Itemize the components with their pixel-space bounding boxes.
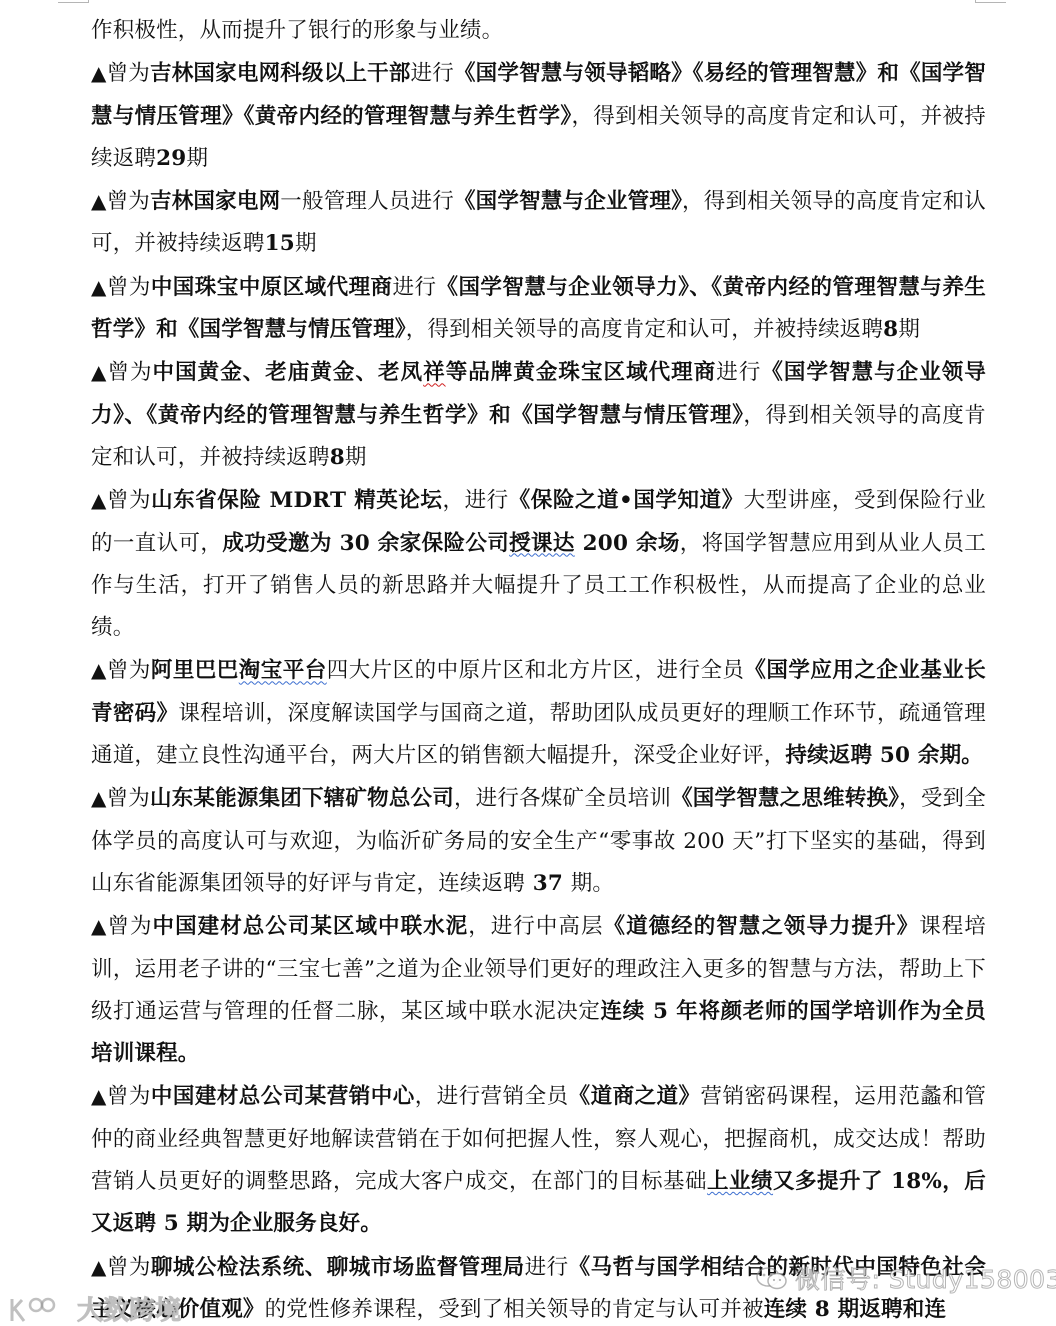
text-segment: 曾为 — [107, 1255, 151, 1280]
bold-text-segment: 中国珠宝中原区域代理商 — [151, 275, 393, 300]
bold-text-segment: 山东某能源集团下辖矿物总公司 — [150, 786, 454, 811]
bold-text-segment: 29 — [156, 146, 186, 171]
bold-text-segment: 祥 — [423, 360, 446, 385]
text-segment: 进行 — [716, 360, 761, 385]
text-segment: 曾为 — [107, 786, 150, 811]
bold-text-segment: 山东省保险 MDRT 精英论坛 — [151, 488, 442, 513]
bold-text-segment: 8 — [330, 445, 345, 470]
text-segment: 作积极性，从而提升了银行的形象与业绩。 — [91, 18, 503, 43]
brand-watermark-text: 大数跨境 — [77, 1296, 181, 1326]
text-segment: 曾为 — [107, 360, 152, 385]
triangle-bullet-icon: ▲ — [91, 61, 107, 85]
bold-text-segment: 中国黄金、老庙黄金、老凤 — [153, 360, 424, 385]
text-segment: ，进行各煤矿全员培训 — [454, 786, 671, 811]
text-segment: ，进行营销全员 — [415, 1084, 569, 1109]
bold-text-segment: 阿里巴巴 — [151, 658, 239, 683]
paragraph: ▲曾为中国建材总公司某营销中心，进行营销全员《道商之道》营销密码课程，运用范蠡和… — [91, 1075, 986, 1245]
paragraph: ▲曾为中国珠宝中原区域代理商进行《国学智慧与企业领导力》、《黄帝内经的管理智慧与… — [91, 266, 986, 352]
text-segment: 的党性修养课程，受到了相关领导的肯定与认可并被 — [265, 1297, 764, 1322]
triangle-bullet-icon: ▲ — [91, 1255, 107, 1279]
bold-text-segment: 成功受邀为 30 余家保险公司 — [222, 531, 509, 556]
text-segment: ，得到相关领导的高度肯定和认可，并被持续返聘 — [406, 317, 883, 342]
wechat-icon — [755, 1266, 789, 1292]
triangle-bullet-icon: ▲ — [91, 488, 107, 512]
bold-text-segment: 聊城公检法系统、聊城市场监督管理局 — [151, 1255, 525, 1280]
text-segment: 期 — [295, 231, 317, 256]
paragraph: ▲曾为中国建材总公司某区域中联水泥，进行中高层《道德经的智慧之领导力提升》课程培… — [91, 905, 986, 1075]
paragraph: ▲曾为山东省保险 MDRT 精英论坛，进行《保险之道•国学知道》大型讲座，受到保… — [91, 479, 986, 649]
text-segment: 进行 — [393, 275, 437, 300]
brand-watermark: 大数跨境 — [6, 1290, 181, 1326]
text-segment: 期。 — [571, 871, 614, 896]
paragraph: ▲曾为阿里巴巴淘宝平台四大片区的中原片区和北方片区，进行全员《国学应用之企业基业… — [91, 649, 986, 777]
text-segment: 期 — [186, 146, 208, 171]
triangle-bullet-icon: ▲ — [91, 1084, 107, 1108]
text-segment: 一般管理人员进行 — [280, 189, 454, 214]
brand-logo-icon — [6, 1296, 68, 1324]
crop-mark-top-right — [975, 0, 1006, 3]
document-page: 作积极性，从而提升了银行的形象与业绩。▲曾为吉林国家电网科级以上干部进行《国学智… — [91, 10, 986, 1326]
triangle-bullet-icon: ▲ — [91, 786, 107, 810]
bold-text-segment: 200 余场 — [575, 531, 680, 556]
bold-text-segment: 中国建材总公司某营销中心 — [151, 1084, 415, 1109]
wechat-watermark: 微信号: Study15800363181 — [755, 1260, 1056, 1296]
bold-text-segment: 《保险之道•国学知道》 — [509, 488, 744, 513]
text-segment: ，进行 — [443, 488, 509, 513]
bold-text-segment: 《道商之道》 — [569, 1084, 701, 1109]
text-segment: 曾为 — [107, 61, 150, 86]
paragraph: 作积极性，从而提升了银行的形象与业绩。 — [91, 10, 986, 52]
paragraph: ▲曾为中国黄金、老庙黄金、老凤祥等品牌黄金珠宝区域代理商进行《国学智慧与企业领导… — [91, 351, 986, 479]
triangle-bullet-icon: ▲ — [91, 360, 107, 384]
triangle-bullet-icon: ▲ — [91, 658, 107, 682]
text-segment: 曾为 — [107, 914, 152, 939]
paragraph: ▲曾为山东某能源集团下辖矿物总公司，进行各煤矿全员培训《国学智慧之思维转换》，受… — [91, 777, 986, 905]
text-segment: 曾为 — [107, 1084, 151, 1109]
bold-text-segment: 吉林国家电网科级以上干部 — [150, 61, 411, 86]
text-segment: ，进行中高层 — [468, 914, 603, 939]
bold-text-segment: 15 — [265, 231, 295, 256]
bold-text-segment: 《国学智慧与企业管理》 — [454, 189, 682, 214]
text-segment: 曾为 — [107, 658, 151, 683]
text-segment: 曾为 — [107, 488, 151, 513]
bold-text-segment: 授课达 — [509, 531, 575, 556]
text-segment: 期 — [345, 445, 367, 470]
paragraph: ▲曾为吉林国家电网一般管理人员进行《国学智慧与企业管理》，得到相关领导的高度肯定… — [91, 180, 986, 266]
text-segment: 期 — [898, 317, 920, 342]
triangle-bullet-icon: ▲ — [91, 189, 107, 213]
bold-text-segment: 《道德经的智慧之领导力提升》 — [604, 914, 920, 939]
bold-text-segment: 吉林国家电网 — [150, 189, 280, 214]
bold-text-segment: 等品牌黄金珠宝区域代理商 — [446, 360, 717, 385]
bold-text-segment: 37 — [525, 871, 571, 896]
text-segment: 进行 — [411, 61, 454, 86]
bold-text-segment: 中国建材总公司某区域中联水泥 — [153, 914, 469, 939]
bold-text-segment: 连续 8 期返聘和连 — [764, 1297, 946, 1322]
bold-text-segment: 上业绩 — [707, 1169, 773, 1194]
text-segment: 曾为 — [107, 189, 150, 214]
paragraph: ▲曾为吉林国家电网科级以上干部进行《国学智慧与领导韬略》《易经的管理智慧》和《国… — [91, 52, 986, 180]
text-segment: 四大片区的中原片区和北方片区，进行全员 — [327, 658, 745, 683]
wechat-watermark-text: 微信号: Study15800363181 — [795, 1265, 1056, 1294]
crop-mark-top-left — [58, 0, 89, 3]
triangle-bullet-icon: ▲ — [91, 914, 107, 938]
text-segment: 曾为 — [107, 275, 151, 300]
triangle-bullet-icon: ▲ — [91, 275, 107, 299]
text-segment: 进行 — [525, 1255, 569, 1280]
bold-text-segment: 8 — [883, 317, 898, 342]
bold-text-segment: 《国学智慧之思维转换》 — [671, 786, 899, 811]
bold-text-segment: 淘宝平台 — [239, 658, 327, 683]
bold-text-segment: 持续返聘 50 余期。 — [785, 743, 983, 768]
